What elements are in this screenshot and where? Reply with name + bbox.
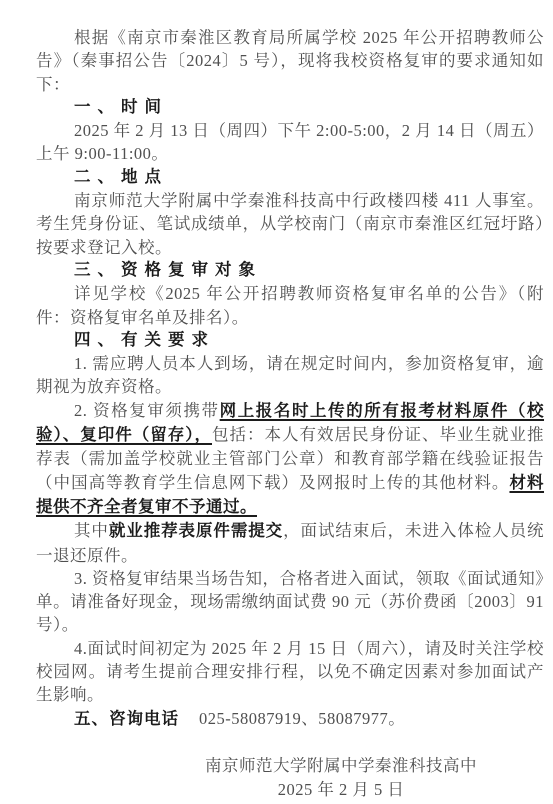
contact-phone-numbers: 025-58087919、58087977。 bbox=[199, 709, 405, 728]
requirement-item-1: 1. 需应聘人员本人到场，请在规定时间内，参加资格复审，逾期视为放弃资格。 bbox=[36, 352, 544, 399]
signature-block: 南京师范大学附属中学秦淮科技高中 2025 年 2 月 5 日 bbox=[36, 754, 544, 801]
section-1-heading-time: 一、时间 bbox=[36, 96, 544, 119]
notice-document-page: 根据《南京市秦淮区教育局所属学校 2025 年公开招聘教师公告》（秦事招公告〔2… bbox=[0, 0, 553, 804]
requirement-item-4: 4.面试时间初定为 2025 年 2 月 15 日（周六），请及时关注学校校园网… bbox=[36, 637, 544, 707]
section-3-heading-review-targets: 三、资格复审对象 bbox=[36, 259, 544, 282]
section-2-heading-location: 二、地点 bbox=[36, 166, 544, 189]
requirement-item-2-note-bold: 就业推荐表原件需提交 bbox=[109, 522, 283, 540]
signature-school-name: 南京师范大学附属中学秦淮科技高中 bbox=[205, 754, 477, 777]
section-1-body-time: 2025 年 2 月 13 日（周四）下午 2:00-5:00，2 月 14 日… bbox=[36, 119, 544, 166]
section-4-heading-requirements: 四、有关要求 bbox=[36, 329, 544, 352]
intro-paragraph: 根据《南京市秦淮区教育局所属学校 2025 年公开招聘教师公告》（秦事招公告〔2… bbox=[36, 26, 544, 96]
section-3-body-review-targets: 详见学校《2025 年公开招聘教师资格复审名单的公告》（附件：资格复审名单及排名… bbox=[36, 282, 544, 329]
requirement-item-2: 2. 资格复审须携带网上报名时上传的所有报考材料原件（校验）、复印件（留存），包… bbox=[36, 399, 544, 519]
section-5-contact-line: 五、咨询电话025-58087919、58087977。 bbox=[36, 707, 544, 731]
requirement-item-2-prefix: 2. 资格复审须携带 bbox=[74, 401, 220, 420]
requirement-item-3: 3. 资格复审结果当场告知，合格者进入面试，领取《面试通知》单。请准备好现金，现… bbox=[36, 567, 544, 637]
signature-date: 2025 年 2 月 5 日 bbox=[205, 778, 477, 801]
requirement-item-2-note: 其中就业推荐表原件需提交，面试结束后，未进入体检人员统一退还原件。 bbox=[36, 519, 544, 567]
section-5-heading-contact-phone: 五、咨询电话 bbox=[74, 710, 179, 728]
section-2-body-location: 南京师范大学附属中学秦淮科技高中行政楼四楼 411 人事室。考生凭身份证、笔试成… bbox=[36, 189, 544, 259]
requirement-item-2-note-prefix: 其中 bbox=[74, 521, 109, 540]
